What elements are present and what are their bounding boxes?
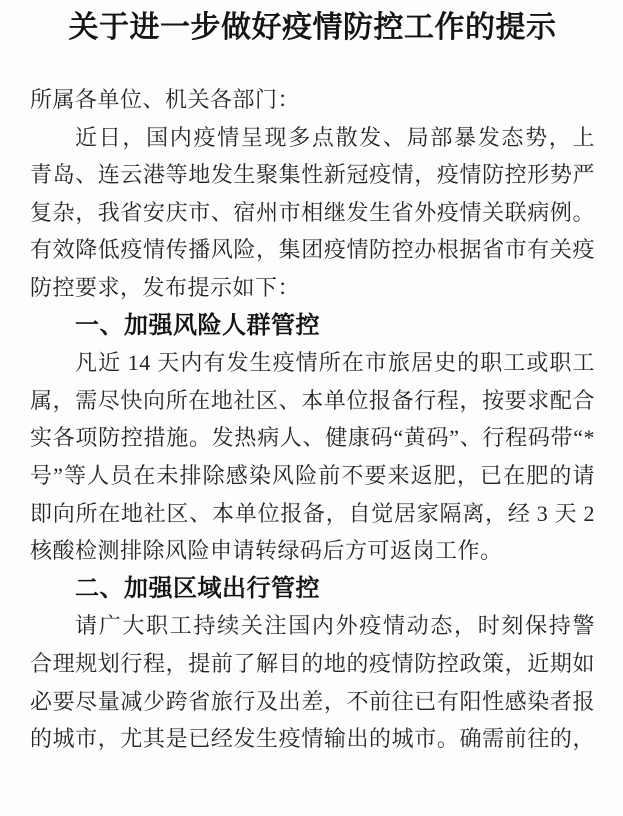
section-heading: 一、加强风险人群管控 xyxy=(30,307,595,345)
text-line: 号”等人员在未排除感染风险前不要来返肥，已在肥的请立 xyxy=(30,457,595,495)
section-heading: 二、加强区域出行管控 xyxy=(30,570,595,608)
text-line: 有效降低疫情传播风险，集团疫情防控办根据省市有关疫情 xyxy=(30,231,595,269)
page: 关于进一步做好疫情防控工作的提示 所属各单位、机关各部门：近日，国内疫情呈现多点… xyxy=(0,0,623,816)
text-line: 复杂，我省安庆市、宿州市相继发生省外疫情关联病例。为 xyxy=(30,194,595,232)
text-line: 即向所在地社区、本单位报备，自觉居家隔离，经 3 天 2 次 xyxy=(30,495,595,533)
text-line: 近日，国内疫情呈现多点散发、局部暴发态势，上海、 xyxy=(30,119,595,157)
text-line: 请广大职工持续关注国内外疫情动态，时刻保持警惕， xyxy=(30,607,595,645)
text-line: 的城市，尤其是已经发生疫情输出的城市。确需前往的，应 xyxy=(30,720,595,758)
text-line: 核酸检测排除风险申请转绿码后方可返岗工作。 xyxy=(30,532,595,570)
document-title: 关于进一步做好疫情防控工作的提示 xyxy=(30,8,595,48)
text-line: 防控要求，发布提示如下： xyxy=(30,269,595,307)
text-line: 青岛、连云港等地发生聚集性新冠疫情，疫情防控形势严峻 xyxy=(30,156,595,194)
salutation-line: 所属各单位、机关各部门： xyxy=(30,81,595,119)
text-line: 合理规划行程，提前了解目的地的疫情防控政策，近期如非 xyxy=(30,645,595,683)
text-line: 实各项防控措施。发热病人、健康码“黄码”、行程码带“* xyxy=(30,419,595,457)
text-line: 凡近 14 天内有发生疫情所在市旅居史的职工或职工家 xyxy=(30,344,595,382)
document-body: 所属各单位、机关各部门：近日，国内疫情呈现多点散发、局部暴发态势，上海、青岛、连… xyxy=(30,81,595,758)
text-line: 必要尽量减少跨省旅行及出差，不前往已有阳性感染者报告 xyxy=(30,683,595,721)
text-line: 属，需尽快向所在地社区、本单位报备行程，按要求配合落 xyxy=(30,382,595,420)
